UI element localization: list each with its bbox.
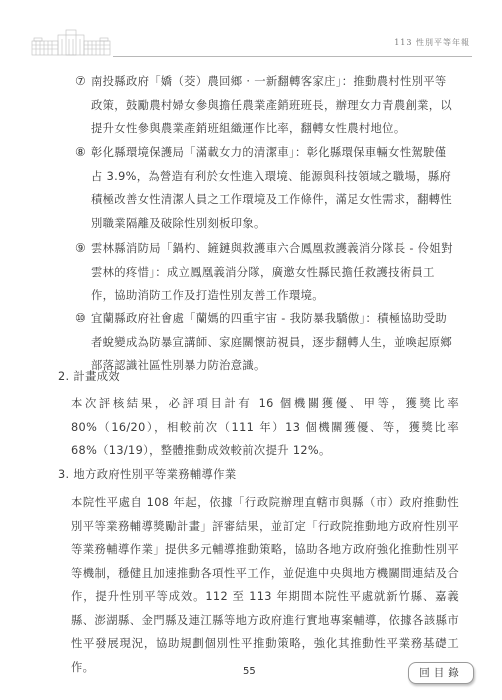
item-text: 南投縣政府「嬌（茭）農回鄉 · 一新翻轉客家庄」：推動農村性別平等政策，鼓勵農村… bbox=[91, 75, 452, 135]
item-marker: ⑨ bbox=[75, 237, 86, 261]
building-logo-icon bbox=[30, 27, 112, 57]
back-to-toc-button[interactable]: 回目錄 bbox=[408, 662, 474, 684]
list-item: ⑦ 南投縣政府「嬌（茭）農回鄉 · 一新翻轉客家庄」：推動農村性別平等政策，鼓勵… bbox=[91, 70, 455, 141]
page-number: 55 bbox=[243, 666, 256, 677]
section-paragraph: 本院性平處自 108 年起，依據「行政院辦理直轄市與縣（市）政府推動性別平等業務… bbox=[71, 491, 459, 679]
section-paragraph: 本次評核結果，必評項目計有 16 個機關獲優、甲等，獲獎比率 80%（16/20… bbox=[71, 392, 459, 463]
item-marker: ⑦ bbox=[75, 70, 86, 94]
report-title: 113 性別平等年報 bbox=[394, 37, 470, 48]
item-text: 宜蘭縣政府社會處「蘭媽的四重宇宙 - 我防暴我驕傲」：積極協助受助者蛻變成為防暴… bbox=[91, 312, 452, 372]
list-item: ⑩ 宜蘭縣政府社會處「蘭媽的四重宇宙 - 我防暴我驕傲」：積極協助受助者蛻變成為… bbox=[91, 307, 455, 378]
list-item: ⑨ 雲林縣消防局「鍋杓、鏟鏈與救護車六合鳳凰救護義消分隊長 - 伶姐對雲林的疼惜… bbox=[91, 237, 455, 308]
section-heading: 2. 計畫成效 bbox=[58, 368, 120, 384]
item-text: 雲林縣消防局「鍋杓、鏟鏈與救護車六合鳳凰救護義消分隊長 - 伶姐對雲林的疼惜」：… bbox=[91, 242, 453, 302]
header-divider bbox=[113, 56, 472, 57]
list-item: ⑧ 彰化縣環境保護局「滿載女力的清潔車」：彰化縣環保車輛女性駕駛僅占 3.9%，… bbox=[91, 141, 455, 235]
item-marker: ⑩ bbox=[75, 307, 86, 331]
item-marker: ⑧ bbox=[75, 141, 86, 165]
item-text: 彰化縣環境保護局「滿載女力的清潔車」：彰化縣環保車輛女性駕駛僅占 3.9%，為營… bbox=[91, 146, 452, 230]
section-heading: 3. 地方政府性別平等業務輔導作業 bbox=[58, 466, 236, 482]
page-header: 113 性別平等年報 bbox=[30, 27, 472, 57]
